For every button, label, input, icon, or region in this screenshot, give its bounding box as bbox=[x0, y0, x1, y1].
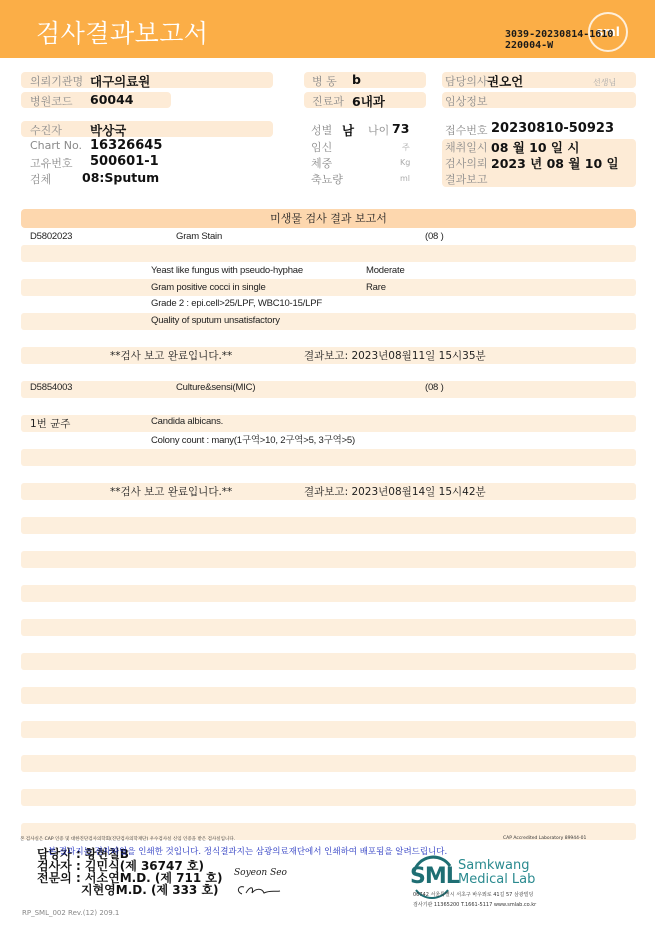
test-code: D5854003 bbox=[30, 382, 72, 393]
institution-value: 대구의료원 bbox=[90, 72, 150, 90]
row-stripe bbox=[21, 551, 636, 568]
result-text: Grade 2 : epi.cell>25/LPF, WBC10-15/LPF bbox=[151, 298, 322, 309]
row-stripe bbox=[21, 279, 636, 296]
doctor-value: 권오언 bbox=[487, 72, 523, 90]
row-stripe bbox=[21, 653, 636, 670]
result-grade: Rare bbox=[366, 282, 386, 293]
lab-name-2: Medical Lab bbox=[458, 872, 535, 887]
sml-logo-text: SML bbox=[410, 864, 459, 889]
urine-label: 축뇨량 bbox=[311, 171, 343, 187]
samkwang-logo: SML Samkwang Medical Lab 06742 서울특별시 서초구… bbox=[408, 852, 568, 907]
reported-time: 결과보고: 2023년08월14일 15시42분 bbox=[304, 484, 486, 499]
test-code: D5802023 bbox=[30, 231, 72, 242]
patient-label: 수진자 bbox=[30, 122, 62, 138]
lab-name-1: Samkwang bbox=[458, 858, 530, 873]
result-text: Colony count : many(1구역>10, 2구역>5, 3구역>5… bbox=[151, 432, 355, 446]
test-specimen: (08 ) bbox=[425, 382, 444, 393]
result-text: Yeast like fungus with pseudo-hyphae bbox=[151, 265, 303, 276]
row-stripe bbox=[21, 755, 636, 772]
barcode-number: 3039-20230814-1610 220004-W bbox=[505, 29, 613, 51]
lab-address: 06742 서울특별시 서초구 바우뫼로 41길 57 삼광빌딩 bbox=[413, 891, 533, 898]
result-grade: Moderate bbox=[366, 265, 405, 276]
row-stripe bbox=[21, 721, 636, 738]
row-stripe bbox=[21, 619, 636, 636]
urine-unit: ml bbox=[400, 174, 410, 183]
test-name: Gram Stain bbox=[176, 231, 222, 242]
clinical-label: 임상정보 bbox=[445, 93, 488, 109]
lab-contact: 검사기관 11365200 T.1661-5117 www.smlab.co.k… bbox=[413, 901, 536, 908]
cap-accreditation: CAP Accredited Laboratory 89944-01 bbox=[503, 836, 586, 841]
hospital-code-value: 60044 bbox=[90, 92, 134, 107]
weight-unit: Kg bbox=[400, 158, 410, 167]
complete-message: **검사 보고 완료입니다.** bbox=[110, 484, 232, 499]
specimen-label: 검체 bbox=[30, 171, 51, 187]
unique-value: 500601-1 bbox=[90, 154, 159, 169]
chart-value: 16326645 bbox=[90, 138, 162, 153]
specialist-2: 지현영M.D. (제 333 호) bbox=[81, 884, 219, 897]
row-stripe bbox=[21, 789, 636, 806]
chart-label: Chart No. bbox=[30, 139, 82, 152]
row-stripe bbox=[21, 381, 636, 398]
sex-label: 성별 bbox=[311, 122, 332, 138]
page-title: 검사결과보고서 bbox=[36, 14, 209, 50]
receipt-label: 접수번호 bbox=[445, 122, 488, 138]
collect-label: 채취일시 bbox=[445, 139, 488, 155]
result-text: Candida albicans. bbox=[151, 416, 223, 427]
result-text: Quality of sputum unsatisfactory bbox=[151, 315, 280, 326]
doctor-suffix: 선생님 bbox=[593, 77, 616, 88]
ward-label: 병 동 bbox=[312, 73, 337, 89]
result-text: Gram positive cocci in single bbox=[151, 282, 266, 293]
reported-time: 결과보고: 2023년08월11일 15시35분 bbox=[304, 348, 486, 363]
pregnancy-label: 임신 bbox=[311, 139, 332, 155]
request-label: 검사의뢰 bbox=[445, 155, 488, 171]
row-stripe bbox=[21, 415, 636, 432]
age-label: 나이 bbox=[368, 122, 389, 138]
dept-value: 6내과 bbox=[352, 92, 385, 110]
request-value: 2023 년 08 월 10 일 bbox=[491, 154, 619, 172]
hospital-code-label: 병원코드 bbox=[30, 93, 73, 109]
accreditation-fine-print: 본 검사실은 CAP 인증 및 대한진단검사의학회(진단검사의학재단) 우수검사… bbox=[20, 836, 235, 842]
row-stripe bbox=[21, 585, 636, 602]
row-stripe bbox=[21, 449, 636, 466]
unique-label: 고유번호 bbox=[30, 155, 73, 171]
barcode-line-1: 3039-20230814-1610 bbox=[505, 29, 613, 40]
electronic-copy-notice: 본 결과지는 전자파일을 인쇄한 것입니다. 정식결과지는 삼광의료재단에서 인… bbox=[48, 845, 447, 857]
weight-label: 체중 bbox=[311, 155, 332, 171]
pregnancy-unit: 주 bbox=[402, 142, 410, 153]
barcode-line-2: 220004-W bbox=[505, 40, 613, 51]
age-value: 73 bbox=[392, 121, 409, 136]
ward-value: b bbox=[352, 72, 361, 87]
signature-icon bbox=[234, 882, 284, 898]
row-stripe bbox=[21, 517, 636, 534]
complete-message: **검사 보고 완료입니다.** bbox=[110, 348, 232, 363]
test-name: Culture&sensi(MIC) bbox=[176, 382, 255, 393]
signature: Soyeon Seo bbox=[234, 868, 287, 878]
report-label: 결과보고 bbox=[445, 171, 488, 187]
patient-value: 박상국 bbox=[90, 121, 126, 139]
receipt-value: 20230810-50923 bbox=[491, 121, 614, 136]
test-specimen: (08 ) bbox=[425, 231, 444, 242]
institution-label: 의뢰기관명 bbox=[30, 73, 83, 89]
doctor-label: 담당의사 bbox=[445, 73, 488, 89]
isolate-label: 1번 균주 bbox=[30, 416, 70, 431]
revision-code: RP_SML_002 Rev.(12) 209.1 bbox=[22, 909, 119, 917]
sex-value: 남 bbox=[342, 121, 354, 139]
dept-label: 진료과 bbox=[312, 93, 344, 109]
section-title: 미생물 검사 결과 보고서 bbox=[21, 209, 636, 228]
specimen-value: 08:Sputum bbox=[82, 170, 159, 185]
row-stripe bbox=[21, 687, 636, 704]
row-stripe bbox=[21, 245, 636, 262]
row-stripe bbox=[21, 313, 636, 330]
